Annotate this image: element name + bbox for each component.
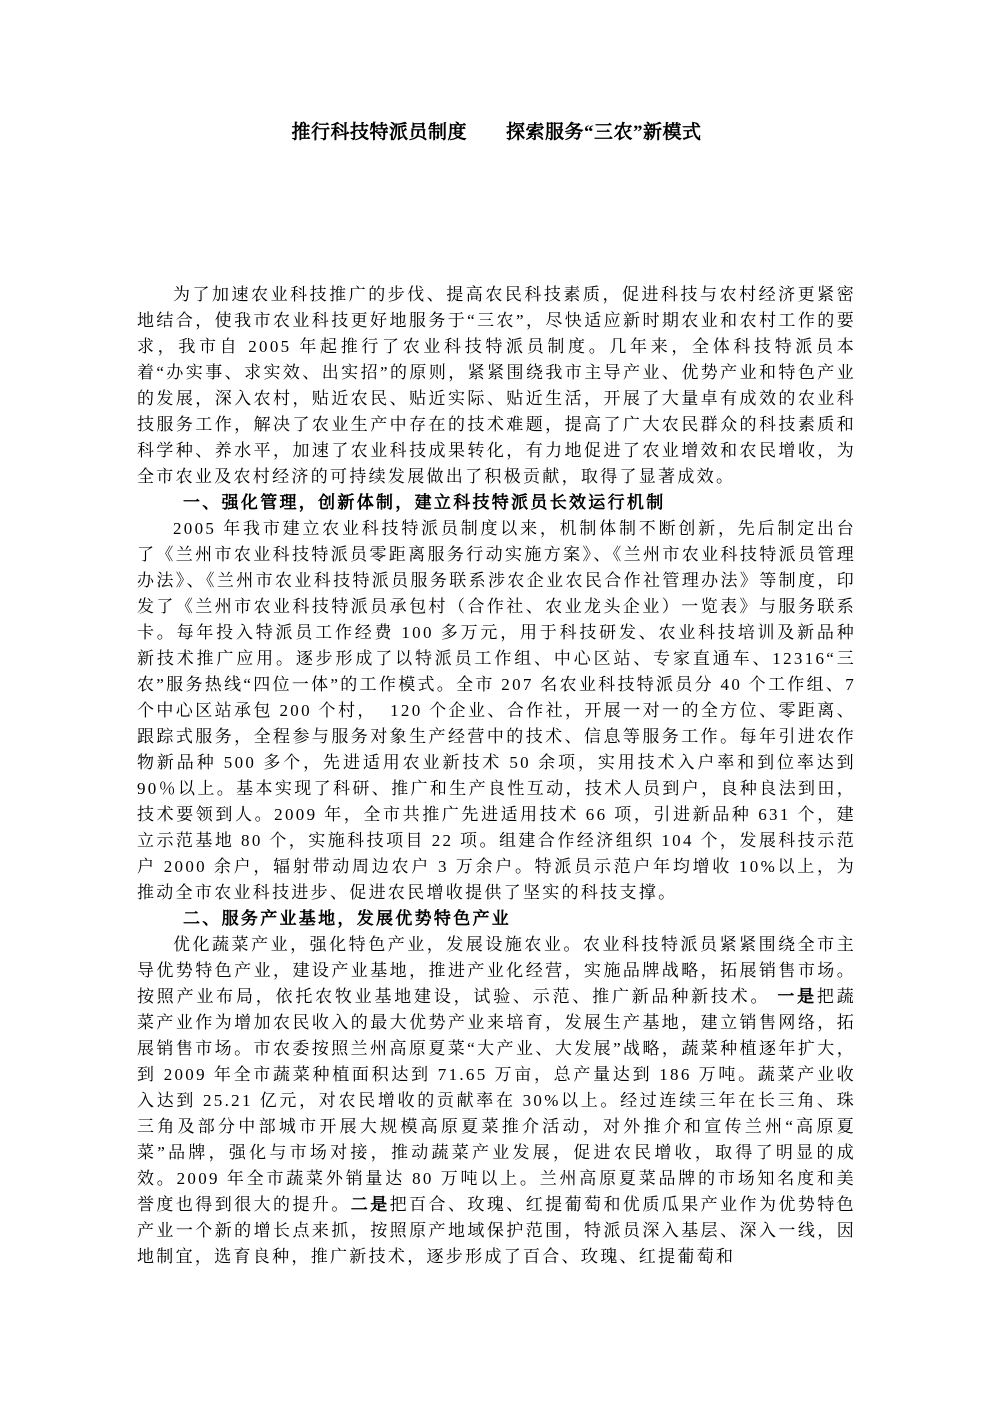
paragraph: 2005 年我市建立农业科技特派员制度以来，机制体制不断创新，先后制定出台了《兰… <box>137 516 856 906</box>
document-body: 为了加速农业科技推广的步伐、提高农民科技素质，促进科技与农村经济更紧密地结合，使… <box>137 282 856 1270</box>
text-run: 把蔬菜产业作为增加农民收入的最大优势产业来培育，发展生产基地，建立销售网络，拓展… <box>137 987 856 1214</box>
text-run: 为了加速农业科技推广的步伐、提高农民科技素质，促进科技与农村经济更紧密地结合，使… <box>137 285 856 486</box>
section-heading: 二、服务产业基地，发展优势特色产业 <box>137 906 856 932</box>
text-run: 优化蔬菜产业，强化特色产业，发展设施农业。农业科技特派员紧紧围绕全市主导优势特色… <box>137 935 856 1006</box>
text-run: 2005 年我市建立农业科技特派员制度以来，机制体制不断创新，先后制定出台了《兰… <box>137 519 863 902</box>
document-title: 推行科技特派员制度 探索服务“三农”新模式 <box>137 0 856 146</box>
bold-text-run: 二是 <box>351 1195 390 1214</box>
bold-text-run: 一是 <box>777 987 817 1006</box>
paragraph: 优化蔬菜产业，强化特色产业，发展设施农业。农业科技特派员紧紧围绕全市主导优势特色… <box>137 932 856 1270</box>
bold-text-run: 二、服务产业基地，发展优势特色产业 <box>183 909 511 928</box>
bold-text-run: 一、强化管理，创新体制，建立科技特派员长效运行机制 <box>183 493 666 512</box>
paragraph: 为了加速农业科技推广的步伐、提高农民科技素质，促进科技与农村经济更紧密地结合，使… <box>137 282 856 490</box>
page: 推行科技特派员制度 探索服务“三农”新模式 为了加速农业科技推广的步伐、提高农民… <box>0 0 993 1404</box>
section-heading: 一、强化管理，创新体制，建立科技特派员长效运行机制 <box>137 490 856 516</box>
